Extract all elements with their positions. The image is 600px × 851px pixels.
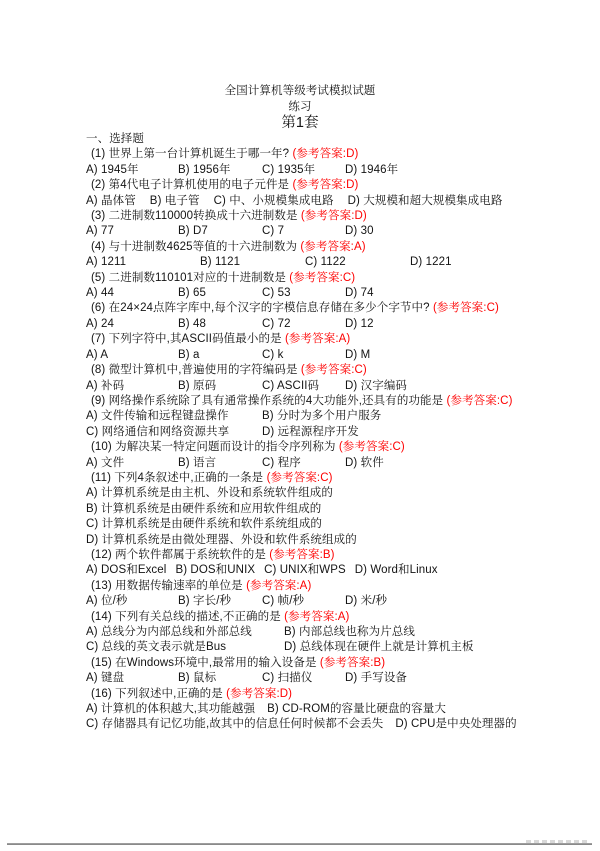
answer-ref: (参考答案:C) <box>301 364 367 376</box>
question-stem: 在24×24点阵字库中,每个汉字的字模信息存储在多少个字节中? <box>109 302 430 314</box>
question-stem: 下列有关总线的描述,不正确的是 <box>115 611 281 623</box>
option: A) 晶体管 <box>86 195 136 207</box>
question-number: (12) <box>91 549 112 561</box>
option: B) 分时为多个用户服务 <box>262 409 514 424</box>
option: B) 电子管 <box>150 195 200 207</box>
option-row: C) 存储器具有记忆功能,故其中的信息任何时候都不会丢失D) CPU是中央处理器… <box>86 717 514 732</box>
question-number: (4) <box>91 241 105 253</box>
question-stem: 两个软件都属于系统软件的是 <box>115 549 266 561</box>
option: C) 1122 <box>305 255 410 270</box>
option: A) 位/秒 <box>86 594 178 609</box>
answer-ref: (参考答案:B) <box>320 657 385 669</box>
option: D) 1221 <box>410 255 514 270</box>
option-row: A) 位/秒B) 字长/秒C) 帧/秒D) 米/秒 <box>86 594 514 609</box>
answer-ref: (参考答案:C) <box>289 272 355 284</box>
question-line: (4) 与十进制数4625等值的十六进制数为 (参考答案:A) <box>86 240 514 255</box>
answer-ref: (参考答案:D) <box>292 148 358 160</box>
answer-ref: (参考答案:D) <box>292 179 358 191</box>
question-line: (6) 在24×24点阵字库中,每个汉字的字模信息存储在多少个字节中? (参考答… <box>86 301 514 316</box>
question-stem: 在Windows环境中,最常用的输入设备是 <box>115 657 316 669</box>
question-line: (9) 网络操作系统除了具有通常操作系统的4大功能外,还具有的功能是 (参考答案… <box>86 394 514 409</box>
option: D) 30 <box>345 224 514 239</box>
option-row: A) 24B) 48C) 72D) 12 <box>86 317 514 332</box>
question-line: (11) 下列4条叙述中,正确的一条是 (参考答案:C) <box>86 471 514 486</box>
option: C) 1935年 <box>262 163 345 178</box>
option: B) a <box>178 348 262 363</box>
option: A) 1211 <box>86 255 200 270</box>
question-line: (10) 为解决某一特定问题而设计的指令序列称为 (参考答案:C) <box>86 440 514 455</box>
option: D) M <box>345 348 514 363</box>
question-number: (8) <box>91 364 105 376</box>
question-number: (15) <box>91 657 112 669</box>
option: A) 文件传输和远程键盘操作 <box>86 409 262 424</box>
answer-ref: (参考答案:C) <box>339 441 405 453</box>
option: A) 键盘 <box>86 671 178 686</box>
answer-ref: (参考答案:B) <box>269 549 334 561</box>
page-footer-divider <box>7 843 592 845</box>
option-row: A) 补码B) 原码C) ASCII码D) 汉字编码 <box>86 379 514 394</box>
question-stem: 微型计算机中,普遍使用的字符编码是 <box>109 364 298 376</box>
option: B) 语言 <box>178 456 262 471</box>
option: C) 7 <box>262 224 345 239</box>
question-stem: 下列4条叙述中,正确的一条是 <box>114 472 263 484</box>
question-stem: 网络操作系统除了具有通常操作系统的4大功能外,还具有的功能是 <box>109 395 444 407</box>
option: B) 字长/秒 <box>178 594 262 609</box>
question-line: (1) 世界上第一台计算机诞生于哪一年? (参考答案:D) <box>86 147 514 162</box>
doc-subtitle: 练习 <box>86 100 514 116</box>
footer-watermark <box>526 840 588 843</box>
question-number: (14) <box>91 611 112 623</box>
question-line: (5) 二进制数110101对应的十进制数是 (参考答案:C) <box>86 271 514 286</box>
option: D) 软件 <box>345 456 514 471</box>
question-stem: 用数据传输速率的单位是 <box>115 580 243 592</box>
option-line: A) 计算机系统是由主机、外设和系统软件组成的 <box>86 486 514 501</box>
doc-set-label: 第1套 <box>86 115 514 132</box>
option: D) 总线体现在硬件上就是计算机主板 <box>284 640 514 655</box>
option: B) DOS和UNIX <box>175 564 255 576</box>
option: C) 总线的英文表示就是Bus <box>86 640 284 655</box>
option: C) ASCII码 <box>262 379 345 394</box>
option-row: A) 晶体管B) 电子管C) 中、小规模集成电路D) 大规模和超大规模集成电路 <box>86 194 514 209</box>
document-page: 全国计算机等级考试模拟试题 练习 第1套 一、选择题 (1) 世界上第一台计算机… <box>86 0 514 733</box>
question-number: (1) <box>91 148 105 160</box>
question-number: (16) <box>91 688 112 700</box>
option: A) 文件 <box>86 456 178 471</box>
option: B) 鼠标 <box>178 671 262 686</box>
question-line: (2) 第4代电子计算机使用的电子元件是 (参考答案:D) <box>86 178 514 193</box>
answer-ref: (参考答案:D) <box>301 210 367 222</box>
option: D) 远程源程序开发 <box>262 425 514 440</box>
question-number: (5) <box>91 272 105 284</box>
option-line: D) 计算机系统是由微处理器、外设和软件系统组成的 <box>86 533 514 548</box>
question-stem: 下列叙述中,正确的是 <box>115 688 223 700</box>
option: D) 汉字编码 <box>345 379 514 394</box>
question-line: (7) 下列字符中,其ASCII码值最小的是 (参考答案:A) <box>86 332 514 347</box>
option-row: C) 网络通信和网络资源共享D) 远程源程序开发 <box>86 425 514 440</box>
question-number: (11) <box>91 472 111 484</box>
option: C) 网络通信和网络资源共享 <box>86 425 262 440</box>
question-line: (14) 下列有关总线的描述,不正确的是 (参考答案:A) <box>86 610 514 625</box>
question-stem: 第4代电子计算机使用的电子元件是 <box>109 179 290 191</box>
option: B) 65 <box>178 286 262 301</box>
option: D) 手写设备 <box>345 671 514 686</box>
option-row: C) 总线的英文表示就是BusD) 总线体现在硬件上就是计算机主板 <box>86 640 514 655</box>
question-number: (10) <box>91 441 112 453</box>
option: A) 24 <box>86 317 178 332</box>
option-row: A) 键盘B) 鼠标C) 扫描仪D) 手写设备 <box>86 671 514 686</box>
option: C) UNIX和WPS <box>264 564 346 576</box>
option: B) 1956年 <box>178 163 262 178</box>
option: D) 12 <box>345 317 514 332</box>
option-row: A) 1945年B) 1956年C) 1935年D) 1946年 <box>86 163 514 178</box>
question-line: (13) 用数据传输速率的单位是 (参考答案:A) <box>86 579 514 594</box>
option: D) 1946年 <box>345 163 514 178</box>
option: D) 74 <box>345 286 514 301</box>
option-row: A) 1211B) 1121C) 1122D) 1221 <box>86 255 514 270</box>
option: D) 米/秒 <box>345 594 514 609</box>
option: C) 53 <box>262 286 345 301</box>
option: A) 计算机的体积越大,其功能越强 <box>86 702 255 717</box>
question-stem: 下列字符中,其ASCII码值最小的是 <box>109 333 282 345</box>
option: B) 1121 <box>200 255 305 270</box>
question-number: (9) <box>91 395 105 407</box>
question-number: (3) <box>91 210 105 222</box>
question-line: (3) 二进制数110000转换成十六进制数是 (参考答案:D) <box>86 209 514 224</box>
option: C) 存储器具有记忆功能,故其中的信息任何时候都不会丢失 <box>86 717 383 732</box>
option-row: A) DOS和ExcelB) DOS和UNIXC) UNIX和WPSD) Wor… <box>86 563 514 578</box>
answer-ref: (参考答案:A) <box>246 580 311 592</box>
question-stem: 与十进制数4625等值的十六进制数为 <box>109 241 297 253</box>
option: B) 原码 <box>178 379 262 394</box>
option: C) 扫描仪 <box>262 671 345 686</box>
option: C) k <box>262 348 345 363</box>
option: C) 程序 <box>262 456 345 471</box>
option: D) 大规模和超大规模集成电路 <box>348 195 503 207</box>
option: B) 48 <box>178 317 262 332</box>
option: C) 帧/秒 <box>262 594 345 609</box>
answer-ref: (参考答案:C) <box>447 395 513 407</box>
answer-ref: (参考答案:A) <box>300 241 365 253</box>
option: A) 补码 <box>86 379 178 394</box>
option: A) A <box>86 348 178 363</box>
section-heading: 一、选择题 <box>86 132 514 147</box>
option-row: A) 文件传输和远程键盘操作B) 分时为多个用户服务 <box>86 409 514 424</box>
question-stem: 世界上第一台计算机诞生于哪一年? <box>109 148 290 160</box>
option: B) 内部总线也称为片总线 <box>284 625 514 640</box>
option-row: A) 计算机的体积越大,其功能越强B) CD-ROM的容量比硬盘的容量大 <box>86 702 514 717</box>
question-number: (6) <box>91 302 105 314</box>
answer-ref: (参考答案:A) <box>285 333 350 345</box>
option: A) 总线分为内部总线和外部总线 <box>86 625 284 640</box>
question-stem: 为解决某一特定问题而设计的指令序列称为 <box>115 441 335 453</box>
answer-ref: (参考答案:C) <box>433 302 499 314</box>
question-number: (7) <box>91 333 105 345</box>
question-line: (8) 微型计算机中,普遍使用的字符编码是 (参考答案:C) <box>86 363 514 378</box>
option: B) D7 <box>178 224 262 239</box>
question-line: (12) 两个软件都属于系统软件的是 (参考答案:B) <box>86 548 514 563</box>
question-number: (2) <box>91 179 105 191</box>
option: A) DOS和Excel <box>86 564 166 576</box>
question-number: (13) <box>91 580 112 592</box>
option-row: A) 77B) D7C) 7D) 30 <box>86 224 514 239</box>
question-stem: 二进制数110000转换成十六进制数是 <box>109 210 298 222</box>
option-row: A) 文件B) 语言C) 程序D) 软件 <box>86 456 514 471</box>
question-stem: 二进制数110101对应的十进制数是 <box>109 272 286 284</box>
option: D) CPU是中央处理器的 <box>395 717 516 732</box>
question-list: (1) 世界上第一台计算机诞生于哪一年? (参考答案:D)A) 1945年B) … <box>86 147 514 732</box>
option-line: C) 计算机系统是由硬件系统和软件系统组成的 <box>86 517 514 532</box>
option: B) CD-ROM的容量比硬盘的容量大 <box>267 702 446 717</box>
answer-ref: (参考答案:A) <box>284 611 349 623</box>
option: A) 1945年 <box>86 163 178 178</box>
option-line: B) 计算机系统是由硬件系统和应用软件组成的 <box>86 502 514 517</box>
option: A) 44 <box>86 286 178 301</box>
question-line: (15) 在Windows环境中,最常用的输入设备是 (参考答案:B) <box>86 656 514 671</box>
option: A) 77 <box>86 224 178 239</box>
answer-ref: (参考答案:D) <box>226 688 292 700</box>
option-row: A) 总线分为内部总线和外部总线B) 内部总线也称为片总线 <box>86 625 514 640</box>
option-row: A) 44B) 65C) 53D) 74 <box>86 286 514 301</box>
doc-title: 全国计算机等级考试模拟试题 <box>86 84 514 100</box>
answer-ref: (参考答案:C) <box>267 472 333 484</box>
option: C) 中、小规模集成电路 <box>214 195 334 207</box>
question-line: (16) 下列叙述中,正确的是 (参考答案:D) <box>86 687 514 702</box>
option: D) Word和Linux <box>355 564 438 576</box>
option-row: A) AB) aC) kD) M <box>86 348 514 363</box>
option: C) 72 <box>262 317 345 332</box>
